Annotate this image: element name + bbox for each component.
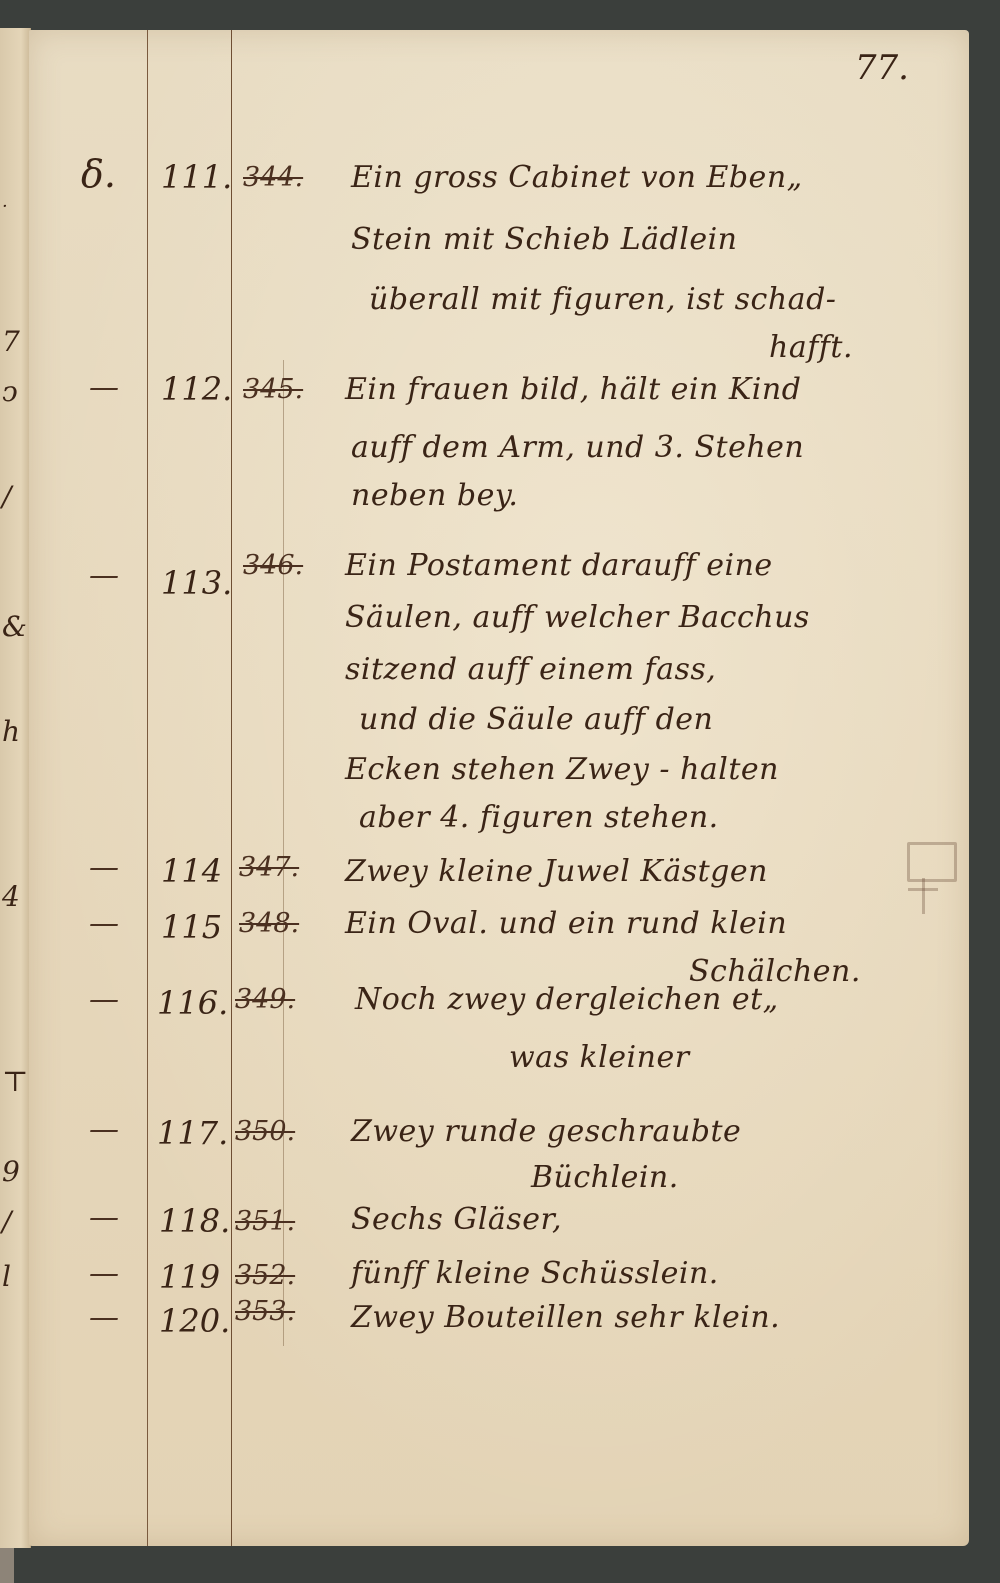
entry-text-line: Sechs Gläser, [351, 1202, 562, 1237]
entry-dash: — [89, 558, 119, 593]
adjacent-page-fragment: · [2, 198, 8, 216]
page-number: 77. [855, 48, 909, 88]
entry-text-line: Ein Oval. und ein rund klein [345, 906, 787, 941]
ruled-margin-line [147, 30, 148, 1546]
entry-text-line: Stein mit Schieb Lädlein [351, 222, 738, 257]
old-entry-number: 348. [239, 908, 299, 939]
entry-number: 115 [161, 908, 222, 946]
adjacent-page-edge: · 7 ↄ / & h 4 ⊤ 9 / l [0, 28, 31, 1548]
old-entry-number: 349. [235, 984, 295, 1015]
entry-text-line: fünff kleine Schüsslein. [351, 1256, 719, 1291]
entry-number: 112. [161, 370, 232, 408]
ruled-column-line [231, 30, 232, 1546]
old-entry-number: 351. [235, 1206, 295, 1237]
entry-number: 119 [159, 1258, 220, 1296]
binding-spine [0, 1548, 14, 1583]
entry-number: 116. [157, 984, 228, 1022]
old-entry-number: 345. [243, 374, 303, 405]
entry-text-line: sitzend auff einem fass, [345, 652, 716, 687]
old-entry-number: 346. [243, 550, 303, 581]
manuscript-page: 77. δ. 111. 344. Ein gross Cabinet von E… [29, 30, 969, 1546]
adjacent-page-fragment: l [2, 1263, 11, 1291]
entry-dash: — [89, 1300, 119, 1335]
entry-text-line: Ein Postament darauff eine [345, 548, 773, 583]
old-entry-number: 347. [239, 852, 299, 883]
old-entry-number: 344. [243, 162, 303, 193]
entry-number: 118. [159, 1202, 230, 1240]
adjacent-page-fragment: / [2, 483, 11, 511]
entry-number: 114 [161, 852, 222, 890]
entry-text-line: Säulen, auff welcher Bacchus [345, 600, 810, 635]
adjacent-page-fragment: / [2, 1208, 11, 1236]
entry-text-line: Ecken stehen Zwey - halten [345, 752, 779, 787]
entry-number: 113. [161, 564, 232, 602]
adjacent-page-fragment: 4 [2, 883, 20, 911]
entry-dash: — [89, 1200, 119, 1235]
entry-dash: — [89, 982, 119, 1017]
adjacent-page-fragment: 7 [2, 328, 20, 356]
entry-dash: — [89, 850, 119, 885]
entry-dash: — [89, 1112, 119, 1147]
entry-text-line: hafft. [769, 330, 853, 365]
entry-dash: — [89, 370, 119, 405]
old-entry-number: 352. [235, 1260, 295, 1291]
entry-dash: — [89, 1256, 119, 1291]
entry-text-line: Noch zwey dergleichen et„ [355, 982, 779, 1017]
entry-text-line: neben bey. [351, 478, 518, 513]
entry-text-line: was kleiner [509, 1040, 690, 1075]
old-entry-number: 353. [235, 1296, 295, 1327]
adjacent-page-fragment: & [2, 613, 27, 641]
entry-text-line: Zwey kleine Juwel Kästgen [345, 854, 768, 889]
entry-text-line: überall mit figuren, ist schad- [369, 282, 836, 317]
entry-text-line: Büchlein. [531, 1160, 679, 1195]
adjacent-page-fragment: ↄ [2, 378, 18, 406]
adjacent-page-fragment: h [2, 718, 20, 746]
entry-text-line: Zwey Bouteillen sehr klein. [351, 1300, 780, 1335]
entry-text-line: aber 4. figuren stehen. [359, 800, 719, 835]
entry-text-line: Zwey runde geschraubte [351, 1114, 741, 1149]
entry-text-line: Ein frauen bild, hält ein Kind [345, 372, 801, 407]
section-marker: δ. [81, 152, 116, 196]
entry-text-line: und die Säule auff den [359, 702, 713, 737]
entry-dash: — [89, 906, 119, 941]
entry-text-line: auff dem Arm, und 3. Stehen [351, 430, 804, 465]
adjacent-page-fragment: 9 [2, 1158, 20, 1186]
entry-number: 111. [161, 158, 232, 196]
old-entry-number: 350. [235, 1116, 295, 1147]
adjacent-page-fragment: ⊤ [2, 1068, 28, 1096]
entry-number: 117. [157, 1114, 228, 1152]
faded-stamp-mark [907, 842, 957, 882]
entry-text-line: Ein gross Cabinet von Eben„ [351, 160, 803, 195]
faded-cross-mark [922, 878, 925, 914]
entry-number: 120. [159, 1302, 230, 1340]
